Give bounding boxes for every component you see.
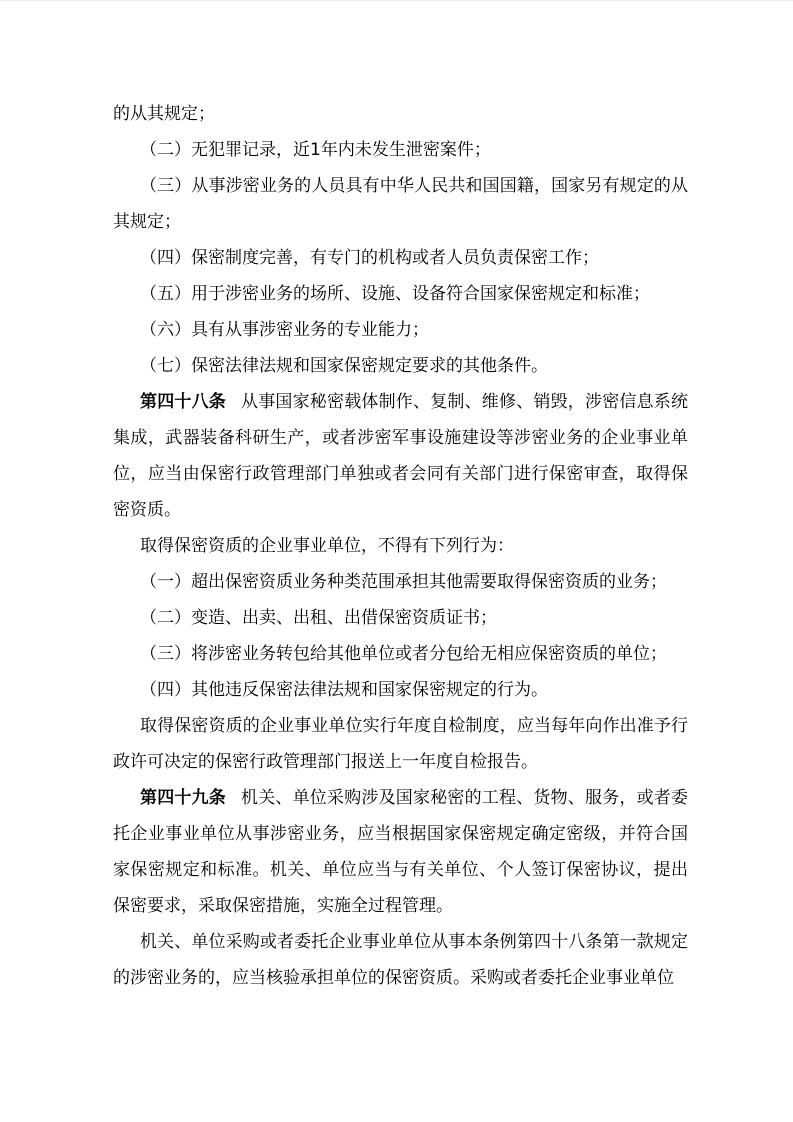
paragraph-text: （二）无犯罪记录，近1年内未发生泄密案件； [140, 140, 491, 160]
paragraph: （三）将涉密业务转包给其他单位或者分包给无相应保密资质的单位； [113, 636, 688, 672]
paragraph-text: 取得保密资质的企业事业单位，不得有下列行为： [140, 536, 514, 556]
paragraph-text: （三）从事涉密业务的人员具有中华人民共和国国籍，国家另有规定的从其规定； [113, 176, 688, 232]
paragraph-text: 机关、单位采购或者委托企业事业单位从事本条例第四十八条第一款规定的涉密业务的，应… [113, 932, 688, 988]
paragraph-text: （七）保密法律法规和国家保密规定要求的其他条件。 [140, 356, 548, 376]
article-number: 第四十八条 [140, 392, 226, 412]
paragraph: （一）超出保密资质业务种类范围承担其他需要取得保密资质的业务； [113, 564, 688, 600]
paragraph-text: （三）将涉密业务转包给其他单位或者分包给无相应保密资质的单位； [140, 644, 667, 664]
paragraph: （二）变造、出卖、出租、出借保密资质证书； [113, 600, 688, 636]
article-number: 第四十九条 [140, 788, 226, 808]
paragraph-text: （六）具有从事涉密业务的专业能力； [140, 320, 429, 340]
paragraph: （四）保密制度完善，有专门的机构或者人员负责保密工作； [113, 240, 688, 276]
paragraph: 第四十九条机关、单位采购涉及国家秘密的工程、货物、服务，或者委托企业事业单位从事… [113, 780, 688, 924]
paragraph: 机关、单位采购或者委托企业事业单位从事本条例第四十八条第一款规定的涉密业务的，应… [113, 924, 688, 996]
paragraph: （四）其他违反保密法律法规和国家保密规定的行为。 [113, 672, 688, 708]
paragraph: 第四十八条从事国家秘密载体制作、复制、维修、销毁，涉密信息系统集成，武器装备科研… [113, 384, 688, 528]
paragraph-text: 的从其规定； [113, 104, 215, 124]
paragraph: （三）从事涉密业务的人员具有中华人民共和国国籍，国家另有规定的从其规定； [113, 168, 688, 240]
paragraph-text: （四）其他违反保密法律法规和国家保密规定的行为。 [140, 680, 548, 700]
paragraph-text: （四）保密制度完善，有专门的机构或者人员负责保密工作； [140, 248, 599, 268]
document-page: 的从其规定； （二）无犯罪记录，近1年内未发生泄密案件； （三）从事涉密业务的人… [0, 0, 793, 1122]
paragraph-text: （一）超出保密资质业务种类范围承担其他需要取得保密资质的业务； [140, 572, 667, 592]
paragraph: 的从其规定； [113, 96, 688, 132]
paragraph: （六）具有从事涉密业务的专业能力； [113, 312, 688, 348]
paragraph: 取得保密资质的企业事业单位实行年度自检制度，应当每年向作出准予行政许可决定的保密… [113, 708, 688, 780]
paragraph: （二）无犯罪记录，近1年内未发生泄密案件； [113, 132, 688, 168]
paragraph-text: 取得保密资质的企业事业单位实行年度自检制度，应当每年向作出准予行政许可决定的保密… [113, 716, 688, 772]
paragraph-text: （二）变造、出卖、出租、出借保密资质证书； [140, 608, 497, 628]
paragraph-text: （五）用于涉密业务的场所、设施、设备符合国家保密规定和标准； [140, 284, 650, 304]
paragraph: （五）用于涉密业务的场所、设施、设备符合国家保密规定和标准； [113, 276, 688, 312]
paragraph: 取得保密资质的企业事业单位，不得有下列行为： [113, 528, 688, 564]
paragraph: （七）保密法律法规和国家保密规定要求的其他条件。 [113, 348, 688, 384]
